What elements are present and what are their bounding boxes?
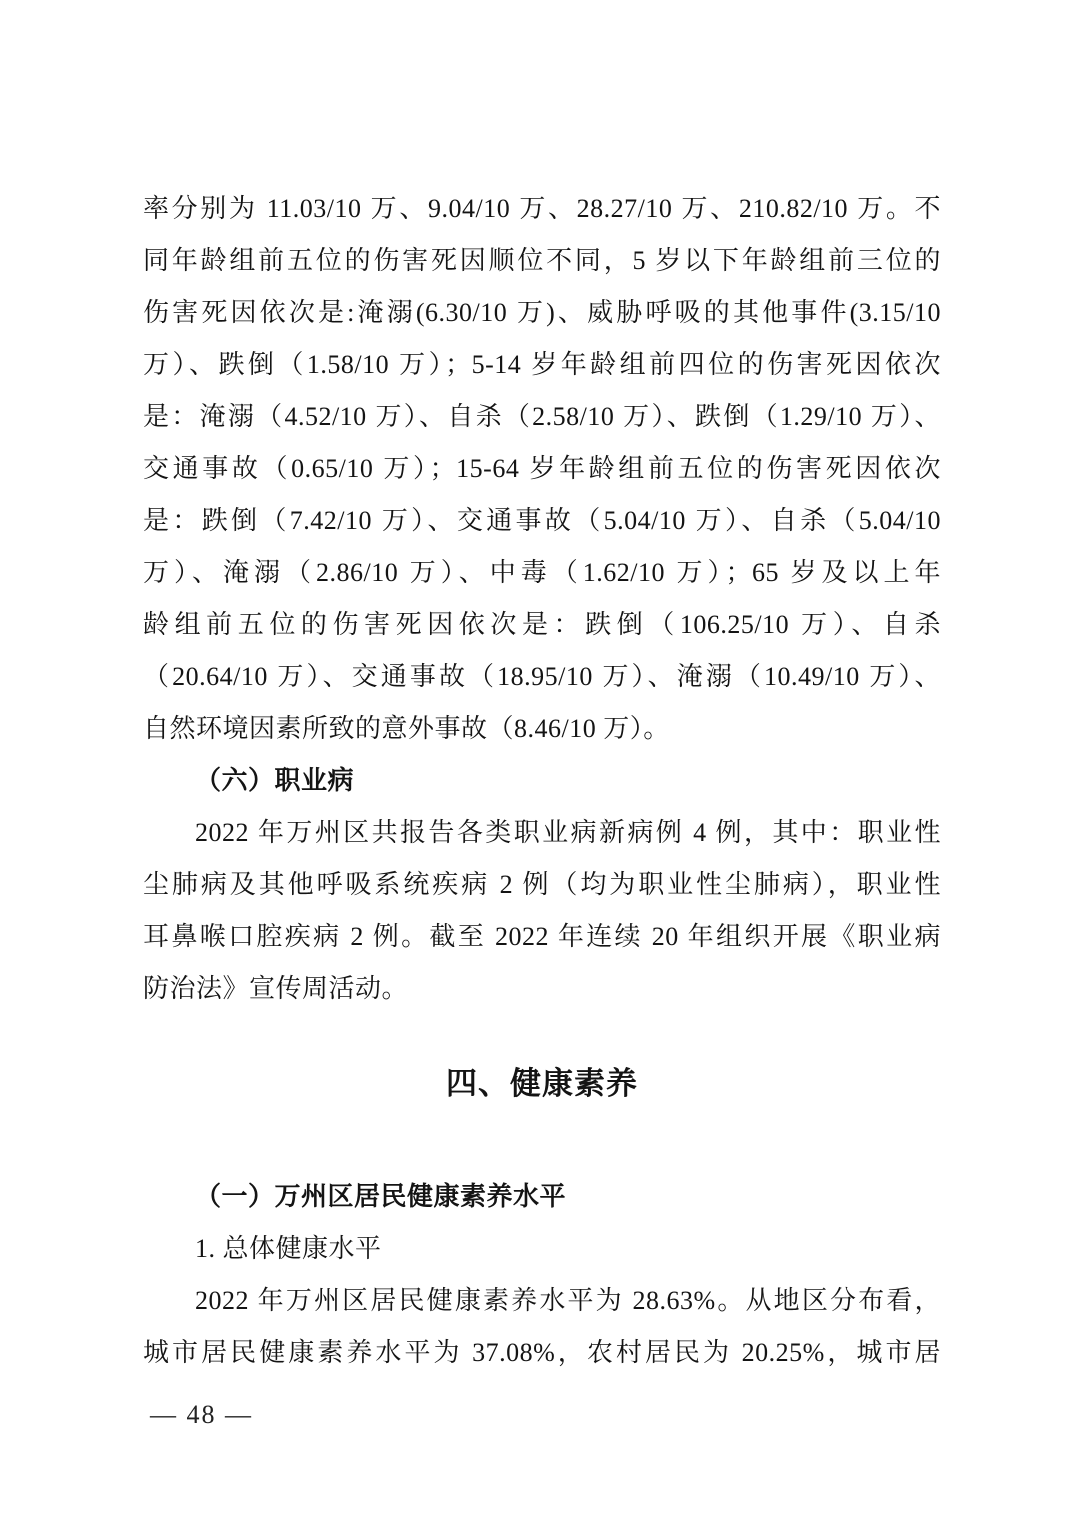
occupational-paragraph: 2022 年万州区共报告各类职业病新病例 4 例，其中：职业性 尘肺病及其他呼吸… (143, 807, 941, 1015)
body-line: 同年龄组前五位的伤害死因顺位不同，5 岁以下年龄组前三位的 (143, 235, 941, 287)
body-line: 耳鼻喉口腔疾病 2 例。截至 2022 年连续 20 年组织开展《职业病 (143, 911, 941, 963)
spacer (143, 1110, 941, 1171)
body-line: 是：跌倒（7.42/10 万）、交通事故（5.04/10 万）、自杀（5.04/… (143, 495, 941, 547)
chapter-heading-health-literacy: 四、健康素养 (143, 1058, 941, 1110)
subsection-heading-occupational-disease: （六）职业病 (143, 755, 941, 807)
body-line: 万）、淹溺（2.86/10 万）、中毒（1.62/10 万）；65 岁及以上年 (143, 547, 941, 599)
body-line: 率分别为 11.03/10 万、9.04/10 万、28.27/10 万、210… (143, 183, 941, 235)
page-number: — 48 — (150, 1395, 253, 1435)
document-page: 率分别为 11.03/10 万、9.04/10 万、28.27/10 万、210… (0, 0, 1074, 1520)
subitem-overall-health-level: 1. 总体健康水平 (143, 1223, 941, 1275)
body-line: 伤害死因依次是:淹溺(6.30/10 万)、威胁呼吸的其他事件(3.15/10 (143, 287, 941, 339)
body-line: 交通事故（0.65/10 万）；15-64 岁年龄组前五位的伤害死因依次 (143, 443, 941, 495)
injury-paragraph: 率分别为 11.03/10 万、9.04/10 万、28.27/10 万、210… (143, 183, 941, 755)
body-line: 龄组前五位的伤害死因依次是：跌倒（106.25/10 万）、自杀 (143, 599, 941, 651)
text-column: 率分别为 11.03/10 万、9.04/10 万、28.27/10 万、210… (143, 183, 941, 1379)
body-line: 万）、跌倒（1.58/10 万）；5-14 岁年龄组前四位的伤害死因依次 (143, 339, 941, 391)
literacy-paragraph: 2022 年万州区居民健康素养水平为 28.63%。从地区分布看， 城市居民健康… (143, 1275, 941, 1379)
body-line: 防治法》宣传周活动。 (143, 963, 941, 1015)
body-line: 2022 年万州区共报告各类职业病新病例 4 例，其中：职业性 (143, 807, 941, 859)
body-line: 自然环境因素所致的意外事故（8.46/10 万）。 (143, 703, 941, 755)
subsection-heading-literacy-level: （一）万州区居民健康素养水平 (143, 1171, 941, 1223)
body-line: 尘肺病及其他呼吸系统疾病 2 例（均为职业性尘肺病），职业性 (143, 859, 941, 911)
body-line: 城市居民健康素养水平为 37.08%，农村居民为 20.25%，城市居 (143, 1327, 941, 1379)
body-line: 2022 年万州区居民健康素养水平为 28.63%。从地区分布看， (143, 1275, 941, 1327)
body-line: （20.64/10 万）、交通事故（18.95/10 万）、淹溺（10.49/1… (143, 651, 941, 703)
body-line: 是：淹溺（4.52/10 万）、自杀（2.58/10 万）、跌倒（1.29/10… (143, 391, 941, 443)
